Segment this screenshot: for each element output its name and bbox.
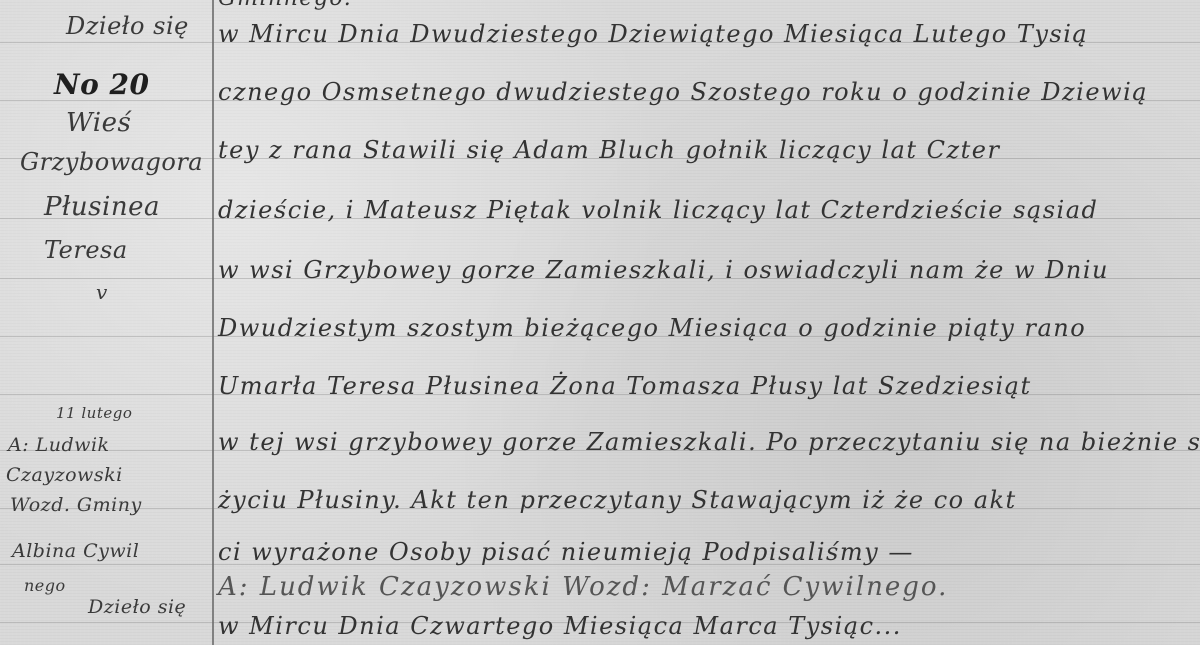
margin-footer: Dzieło się (88, 596, 186, 618)
official-signature: A: Ludwik Czayzowski Wozd: Marzać Cywiln… (218, 572, 948, 602)
deceased-given-name: Teresa (44, 236, 128, 264)
margin-signature-line: Czayzowski (6, 464, 123, 486)
margin-signature-line: Wozd. Gminy (10, 494, 142, 516)
body-line: życiu Płusiny. Akt ten przeczytany Stawa… (218, 486, 1017, 514)
entry-number: No 20 (54, 68, 149, 101)
village-name: Grzybowagora (20, 148, 203, 176)
margin-note: 11 lutego (56, 404, 132, 422)
deceased-surname: Płusinea (44, 192, 160, 222)
margin-signature-line: nego (24, 576, 66, 595)
body-line: Gminnego. (218, 0, 352, 11)
body-line: w tej wsi grzybowey gorze Zamieszkali. P… (218, 428, 1200, 456)
body-line: dzieście, i Mateusz Piętak volnik licząc… (218, 196, 1098, 224)
record-body: Gminnego. w Mircu Dnia Dwudziestego Dzie… (218, 0, 1200, 645)
body-line: cznego Osmsetnego dwudziestego Szostego … (218, 78, 1148, 106)
body-line: w Mircu Dnia Czwartego Miesiąca Marca Ty… (218, 612, 902, 640)
margin-header: Dzieło się (66, 12, 189, 40)
body-line: tey z rana Stawili się Adam Bluch gołnik… (218, 136, 1000, 164)
body-line: Dwudziestym szostym bieżącego Miesiąca o… (218, 314, 1086, 342)
body-line: ci wyrażone Osoby pisać nieumieją Podpis… (218, 538, 914, 566)
margin-mark: v (96, 280, 108, 304)
body-line: Umarła Teresa Płusinea Żona Tomasza Płus… (218, 372, 1032, 400)
village-label: Wieś (66, 108, 131, 138)
margin-divider (212, 0, 214, 645)
margin-signature-line: Albina Cywil (12, 540, 139, 562)
margin-signature-line: A: Ludwik (8, 434, 110, 456)
body-line: w Mircu Dnia Dwudziestego Dziewiątego Mi… (218, 20, 1088, 48)
margin-column: Dzieło się No 20 Wieś Grzybowagora Płusi… (0, 0, 210, 645)
document-page: Dzieło się No 20 Wieś Grzybowagora Płusi… (0, 0, 1200, 645)
body-line: w wsi Grzybowey gorze Zamieszkali, i osw… (218, 256, 1109, 284)
